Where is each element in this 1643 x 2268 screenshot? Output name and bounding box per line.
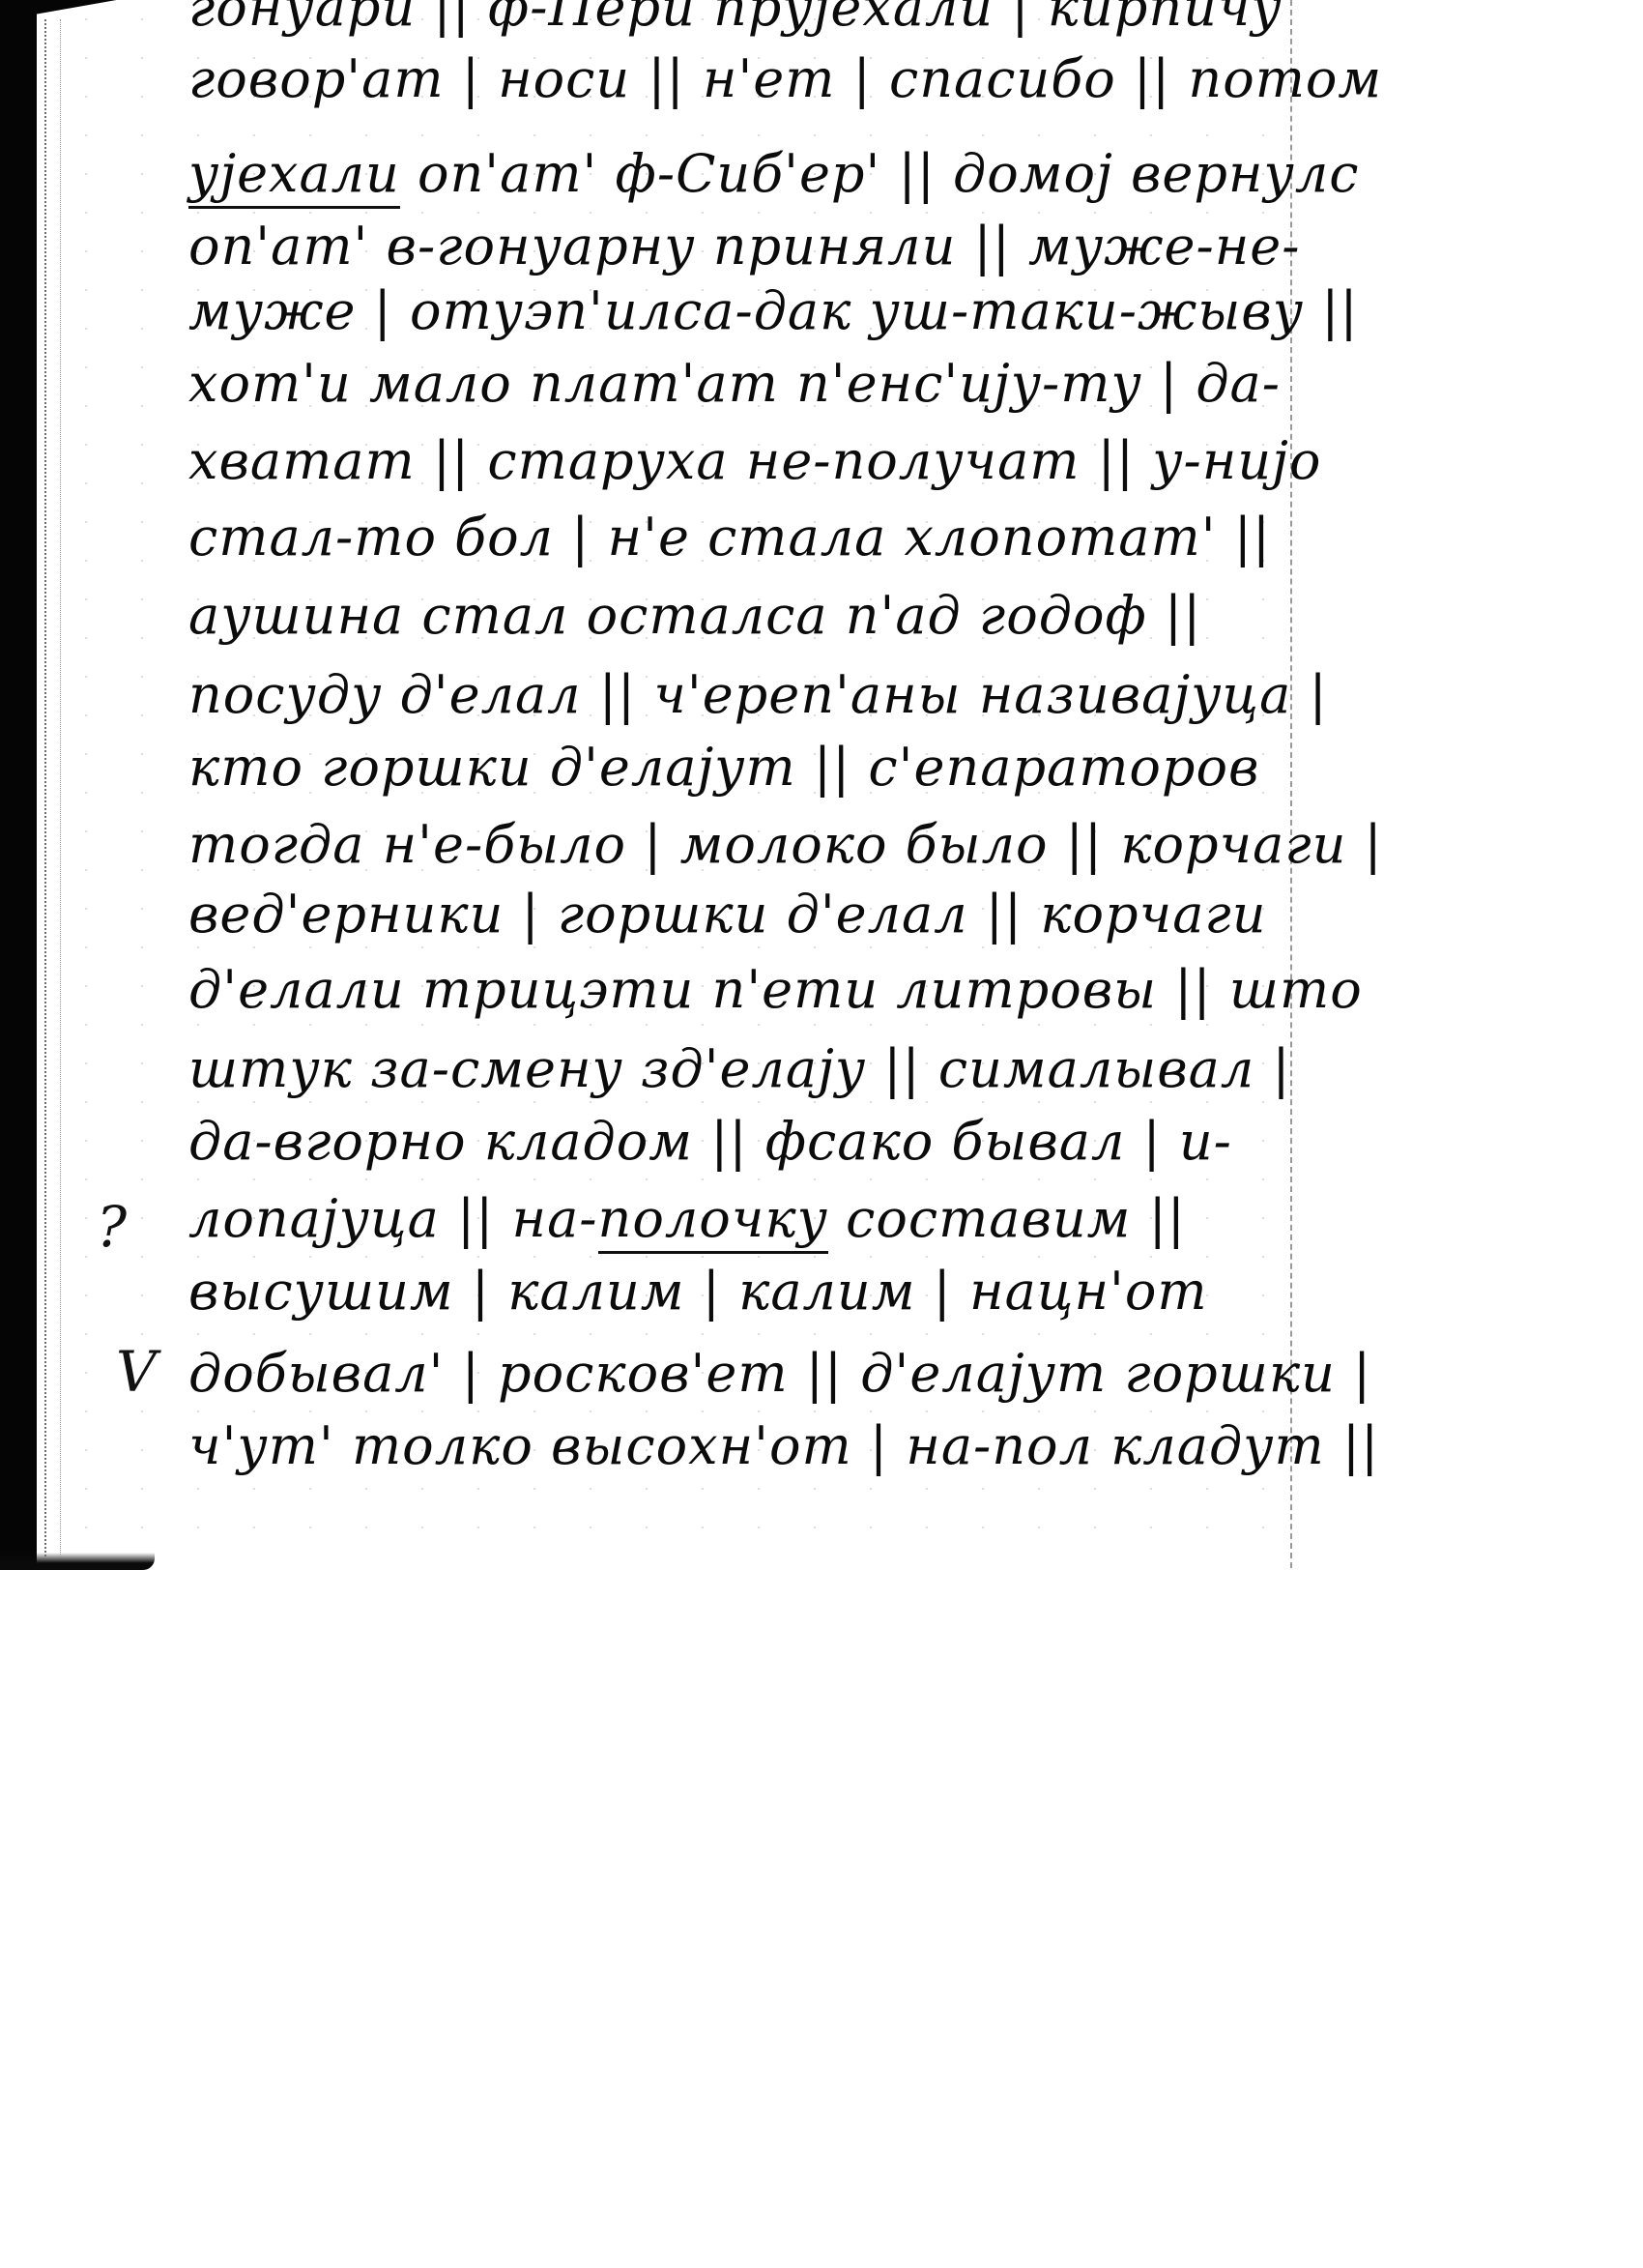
margin-rule (44, 19, 46, 1556)
text-line-7: хватат || старуха не-получат || у-нијо (188, 432, 1321, 490)
text-line-9: аушина стал осталса п'ад годоф || (188, 587, 1201, 645)
text-line-6: хот'и мало плат'ат п'енс'ију-ту | да- (188, 355, 1281, 413)
question-mark-annotation: ? (97, 1194, 127, 1260)
page-binding-edge (0, 0, 37, 1568)
text-line-2: говор'ат | носи || н'ет | спасибо || пот… (188, 50, 1382, 108)
underlined-word: полочку (598, 1188, 828, 1254)
text-line-1: гонуари || ф-Пери прујехали | кирпичу (188, 0, 1283, 37)
text-line-17-start: лопајуца || на- (188, 1188, 598, 1249)
text-line-16: да-вгорно кладом || фсако бывал | и- (188, 1113, 1232, 1171)
text-line-4: оп'ат' в-гонуарну приняли || муже-не- (188, 218, 1301, 276)
text-line-5: муже | отуэп'илса-дак уш-таки-жыву || (188, 282, 1359, 340)
checkmark-annotation: V (116, 1339, 157, 1405)
text-line-18: высушим | калим | калим | нацн'от (188, 1263, 1208, 1321)
underlined-word: ујехали (188, 143, 400, 209)
text-line-12: тогда н'е-было | молоко было || корчаги … (188, 816, 1383, 874)
text-line-10: посуду д'елал || ч'ереп'аны називајуца | (188, 666, 1328, 724)
text-line-3: ујехали оп'ат' ф-Сиб'ер' || домој вернул… (188, 145, 1359, 203)
text-line-19: добывал' | росков'ет || д'елајут горшки … (188, 1345, 1371, 1403)
text-line-3-rest: оп'ат' ф-Сиб'ер' || домој вернулс (400, 143, 1360, 204)
text-line-17: лопајуца || на-полочку составим || (188, 1190, 1186, 1248)
page-binding-bottom-edge (0, 1553, 155, 1570)
text-line-15: штук за-смену зд'елају || сималывал | (188, 1040, 1291, 1098)
text-line-8: стал-то бол | н'е стала хлопотат' || (188, 509, 1271, 567)
notebook-page: гонуари || ф-Пери прујехали | кирпичу го… (0, 0, 1292, 1568)
text-line-17-end: составим || (828, 1188, 1186, 1249)
text-line-20: ч'ут' толко высохн'от | на-пол кладут || (188, 1417, 1379, 1475)
margin-rule-inner (60, 19, 61, 1556)
text-line-13: вед'ерники | горшки д'елал || корчаги (188, 886, 1266, 944)
text-line-14: д'елали трицэти п'ети литровы || што (188, 961, 1363, 1019)
text-line-11: кто горшки д'елајут || с'епараторов (188, 739, 1259, 797)
page-binding-top-curl (0, 0, 135, 21)
